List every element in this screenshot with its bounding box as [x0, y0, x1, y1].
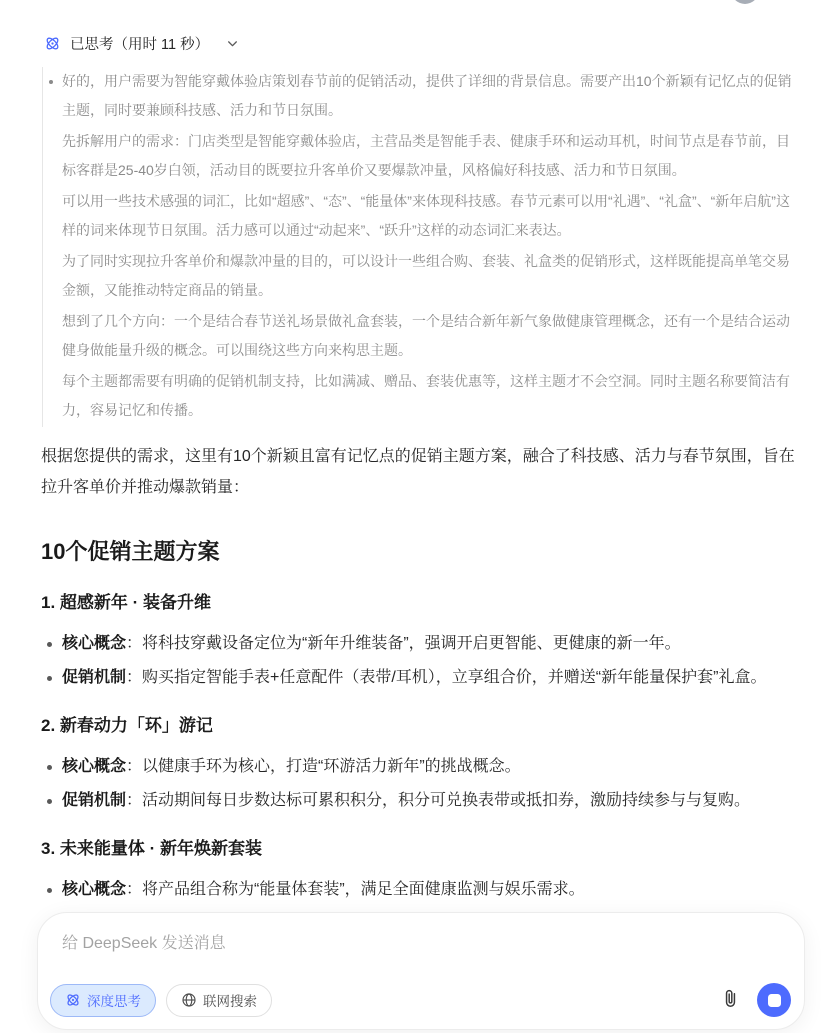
composer-actions	[718, 983, 791, 1017]
list-item: 促销机制：购买指定智能手表+任意配件（表带/耳机），立享组合价，并赠送“新年能量…	[41, 668, 795, 688]
web-search-label: 联网搜索	[203, 990, 257, 1010]
stop-generating-button[interactable]	[757, 983, 791, 1017]
bullet-text: ：将科技穿戴设备定位为“新年升维装备”，强调开启更智能、更健康的新一年。	[126, 635, 681, 652]
globe-icon	[181, 992, 197, 1008]
deep-think-label: 深度思考	[87, 990, 141, 1010]
thinking-duration-label: 已思考（用时 11 秒）	[70, 33, 209, 54]
bullet-text: ：活动期间每日步数达标可累积积分，积分可兑换表带或抵扣券，激励持续参与与复购。	[126, 792, 750, 809]
chevron-down-icon	[226, 37, 239, 50]
deep-think-toggle[interactable]: 深度思考	[50, 984, 156, 1017]
section-bullets-1: 核心概念：将科技穿戴设备定位为“新年升维装备”，强调开启更智能、更健康的新一年。…	[41, 634, 795, 688]
bullet-text: ：以健康手环为核心，打造“环游活力新年”的挑战概念。	[126, 758, 521, 775]
message-input[interactable]	[62, 930, 772, 966]
list-item: 核心概念：以健康手环为核心，打造“环游活力新年”的挑战概念。	[41, 757, 795, 777]
thinking-paragraph: 可以用一些技术感强的词汇，比如“超感”、“态”、“能量体”来体现科技感。春节元素…	[62, 187, 795, 245]
deepthink-atom-icon	[44, 35, 61, 52]
web-search-toggle[interactable]: 联网搜索	[166, 984, 272, 1017]
thinking-paragraph: 为了同时实现拉升客单价和爆款冲量的目的，可以设计一些组合购、套装、礼盒类的促销形…	[62, 247, 795, 305]
thinking-paragraph: 先拆解用户的需求：门店类型是智能穿戴体验店，主营品类是智能手表、健康手环和运动耳…	[62, 127, 795, 185]
assistant-message: 根据您提供的需求，这里有10个新颖且富有记忆点的促销主题方案，融合了科技感、活力…	[41, 441, 795, 934]
composer-toolbar: 深度思考 联网搜索	[50, 983, 791, 1017]
section-title-3: 3. 未来能量体 · 新年焕新套装	[41, 838, 795, 860]
bullet-label: 促销机制	[62, 792, 126, 809]
chat-transcript: 已思考（用时 11 秒） 好的，用户需要为智能穿戴体验店策划春节前的促销活动，提…	[0, 0, 827, 934]
thinking-block: 已思考（用时 11 秒） 好的，用户需要为智能穿戴体验店策划春节前的促销活动，提…	[41, 33, 795, 427]
thinking-toggle[interactable]: 已思考（用时 11 秒）	[44, 33, 795, 54]
answer-intro: 根据您提供的需求，这里有10个新颖且富有记忆点的促销主题方案，融合了科技感、活力…	[41, 441, 795, 503]
answer-heading: 10个促销主题方案	[41, 539, 795, 565]
list-item: 核心概念：将产品组合称为“能量体套装”，满足全面健康监测与娱乐需求。	[41, 880, 795, 900]
section-bullets-2: 核心概念：以健康手环为核心，打造“环游活力新年”的挑战概念。 促销机制：活动期间…	[41, 757, 795, 811]
thinking-content: 好的，用户需要为智能穿戴体验店策划春节前的促销活动，提供了详细的背景信息。需要产…	[42, 67, 795, 427]
paperclip-icon	[720, 988, 741, 1009]
section-title-1: 1. 超感新年 · 装备升维	[41, 592, 795, 614]
list-item: 核心概念：将科技穿戴设备定位为“新年升维装备”，强调开启更智能、更健康的新一年。	[41, 634, 795, 654]
bullet-text: ：购买指定智能手表+任意配件（表带/耳机），立享组合价，并赠送“新年能量保护套”…	[126, 669, 766, 686]
thinking-paragraph: 每个主题都需要有明确的促销机制支持，比如满减、赠品、套装优惠等，这样主题才不会空…	[62, 367, 795, 425]
thinking-paragraph: 好的，用户需要为智能穿戴体验店策划春节前的促销活动，提供了详细的背景信息。需要产…	[62, 67, 795, 125]
stop-icon	[768, 994, 781, 1007]
bullet-label: 核心概念	[62, 758, 126, 775]
thinking-list-item: 好的，用户需要为智能穿戴体验店策划春节前的促销活动，提供了详细的背景信息。需要产…	[43, 67, 795, 427]
deepthink-atom-icon	[65, 992, 81, 1008]
attach-file-button[interactable]	[718, 988, 742, 1012]
bullet-label: 核心概念	[62, 635, 126, 652]
thinking-paragraph: 想到了几个方向：一个是结合春节送礼场景做礼盒套装，一个是结合新年新气象做健康管理…	[62, 307, 795, 365]
list-item: 促销机制：活动期间每日步数达标可累积积分，积分可兑换表带或抵扣券，激励持续参与与…	[41, 791, 795, 811]
message-composer: 深度思考 联网搜索	[37, 912, 805, 1030]
section-title-2: 2. 新春动力「环」游记	[41, 715, 795, 737]
bullet-label: 促销机制	[62, 669, 126, 686]
bullet-label: 核心概念	[62, 881, 126, 898]
bullet-text: ：将产品组合称为“能量体套装”，满足全面健康监测与娱乐需求。	[126, 881, 585, 898]
